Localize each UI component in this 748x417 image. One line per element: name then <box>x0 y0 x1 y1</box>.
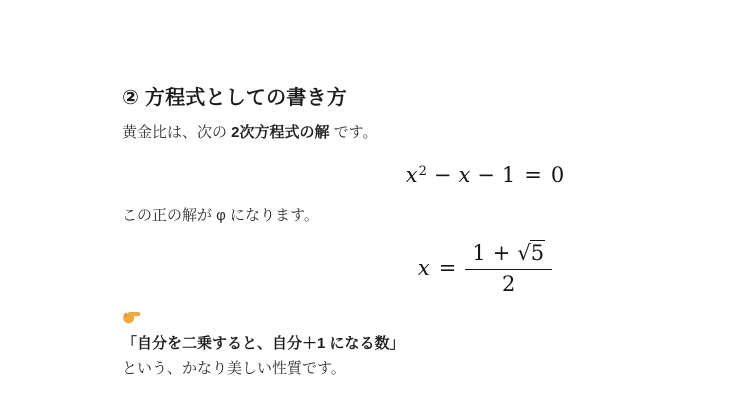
math-fraction: 1 + √5 2 <box>465 240 552 296</box>
math-one: 1 <box>472 241 485 265</box>
math-x: x <box>458 163 470 187</box>
equation-quadratic: x2 − x − 1 = 0 <box>122 163 748 189</box>
math-equals-sign: = <box>524 163 542 187</box>
intro-text-prefix: 黄金比は、次の <box>122 124 231 141</box>
article-content: ② 方程式としての書き方 黄金比は、次の 2次方程式の解 です。 x2 − x … <box>122 0 748 378</box>
math-square-root: √5 <box>517 240 545 265</box>
point-right-icon <box>122 307 748 327</box>
equation-solution: x = 1 + √5 2 <box>122 241 748 295</box>
math-minus-sign: − <box>434 163 452 187</box>
section-heading: ② 方程式としての書き方 <box>122 86 748 110</box>
math-zero: 0 <box>551 163 564 187</box>
intro-paragraph: 黄金比は、次の 2次方程式の解 です。 <box>122 124 748 142</box>
math-equals-sign: = <box>439 256 457 280</box>
radical-sign: √ <box>517 241 530 265</box>
math-denominator: 2 <box>502 270 515 296</box>
closing-paragraph: という、かなり美しい性質です。 <box>122 360 748 378</box>
math-numerator: 1 + √5 <box>465 240 552 270</box>
property-quote: 「自分を二乗すると、自分＋1 になる数」 <box>122 334 748 353</box>
math-five: 5 <box>530 240 545 265</box>
math-minus-sign: − <box>477 163 495 187</box>
intro-text-bold: 2次方程式の解 <box>231 124 329 141</box>
intro-text-suffix: です。 <box>330 124 378 141</box>
math-one: 1 <box>502 163 515 187</box>
math-plus-sign: + <box>493 241 511 265</box>
solution-paragraph: この正の解が φ になります。 <box>122 207 748 225</box>
math-x-squared: x2 <box>406 163 427 187</box>
math-x: x <box>418 256 430 280</box>
